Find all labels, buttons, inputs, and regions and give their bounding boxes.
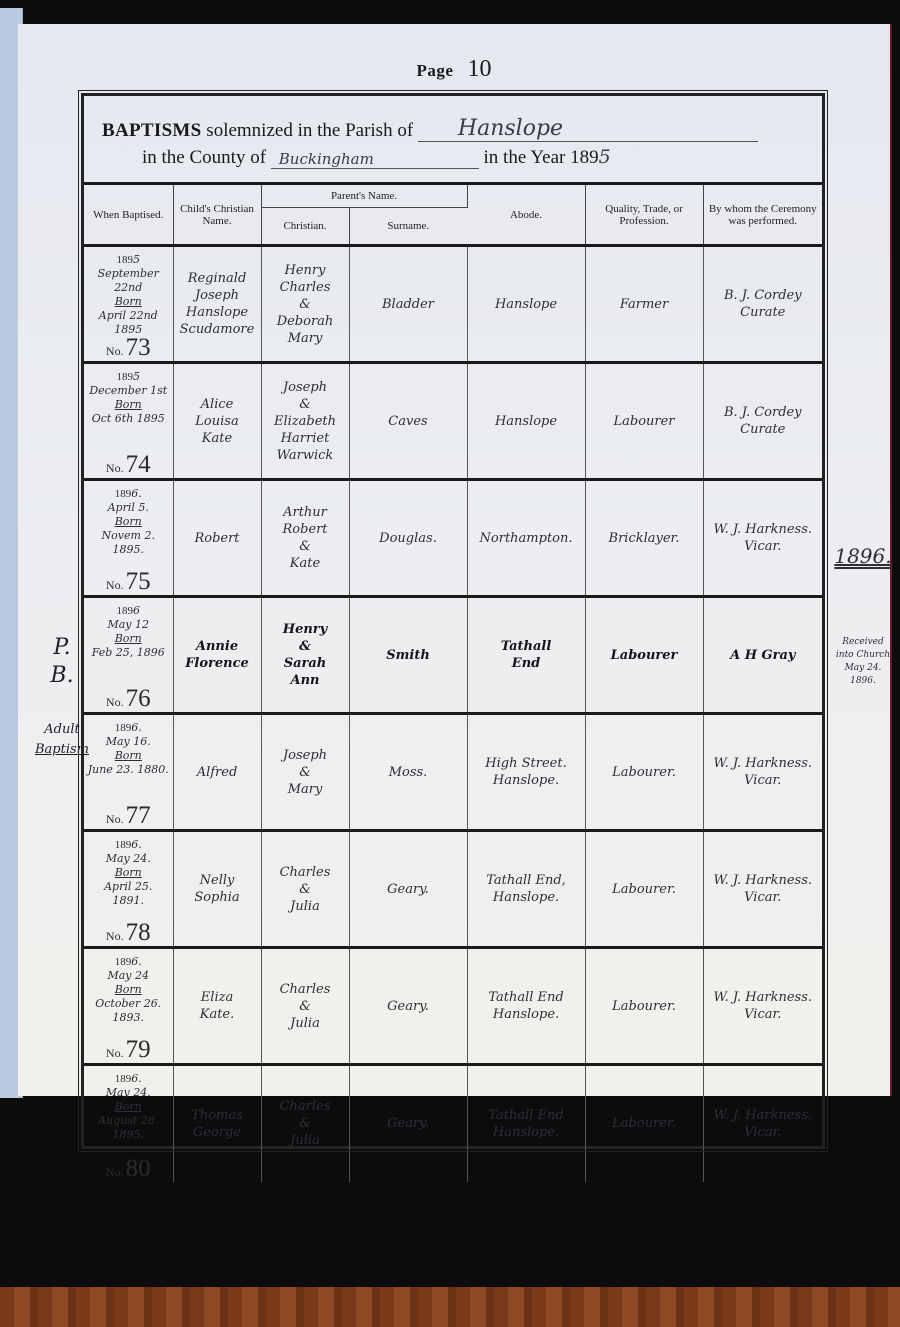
col-quality: Quality, Trade, or Profession. bbox=[585, 185, 703, 246]
parents-christian-cell: Joseph&ElizabethHarrietWarwick bbox=[261, 363, 349, 480]
quality-cell: Bricklayer. bbox=[585, 480, 703, 597]
quality-cell: Labourer. bbox=[585, 948, 703, 1065]
when-baptised-cell: 1896. May 24. Born August 28. 1895. No.8… bbox=[84, 1065, 173, 1182]
surname-cell: Bladder bbox=[349, 246, 467, 363]
child-name-cell: NellySophia bbox=[173, 831, 261, 948]
born-label: Born bbox=[87, 866, 170, 880]
child-name-cell: Robert bbox=[173, 480, 261, 597]
col-parent-surname: Surname. bbox=[349, 208, 467, 246]
birth-date: April 22nd 1895 bbox=[87, 309, 170, 337]
birth-date: April 25. 1891. bbox=[87, 880, 170, 908]
heading-parish-label: solemnized in the Parish of bbox=[206, 120, 413, 141]
entry-number: No.76 bbox=[84, 692, 173, 710]
when-baptised-cell: 1896. April 5. Born Novem 2. 1895. No.75 bbox=[84, 480, 173, 597]
baptism-date: May 12 bbox=[87, 618, 170, 632]
quality-cell: Labourer. bbox=[585, 714, 703, 831]
baptism-date: May 24. bbox=[87, 1086, 170, 1100]
parents-christian-cell: HenryCharles&DeborahMary bbox=[261, 246, 349, 363]
table-row: 1896. May 24. Born August 28. 1895. No.8… bbox=[84, 1065, 822, 1182]
table-row: 1896. May 24 Born October 26. 1893. No.7… bbox=[84, 948, 822, 1065]
col-by-whom: By whom the Ceremony was performed. bbox=[703, 185, 822, 246]
year-digit: 5 bbox=[599, 146, 611, 168]
when-baptised-cell: 1896. May 24. Born April 25. 1891. No.78 bbox=[84, 831, 173, 948]
abode-cell: Tathall End,Hanslope. bbox=[467, 831, 585, 948]
when-baptised-cell: 1896. May 16. Born June 23. 1880. No.77 bbox=[84, 714, 173, 831]
abode-cell: Hanslope bbox=[467, 246, 585, 363]
by-whom-cell: W. J. Harkness.Vicar. bbox=[703, 1065, 822, 1182]
register-heading: BAPTISMS solemnized in the Parish of Han… bbox=[84, 96, 822, 185]
entry-number: No.79 bbox=[84, 1043, 173, 1061]
quality-cell: Labourer bbox=[585, 597, 703, 714]
birth-date: Novem 2. 1895. bbox=[87, 529, 170, 557]
surname-cell: Geary. bbox=[349, 1065, 467, 1182]
page-number-value: 10 bbox=[467, 56, 491, 82]
birth-date: Oct 6th 1895 bbox=[87, 412, 170, 426]
parish-field: Hanslope bbox=[418, 116, 758, 142]
col-when-baptised: When Baptised. bbox=[84, 185, 173, 246]
child-name-cell: ThomasGeorge bbox=[173, 1065, 261, 1182]
born-label: Born bbox=[87, 983, 170, 997]
by-whom-cell: W. J. Harkness.Vicar. bbox=[703, 831, 822, 948]
quality-cell: Farmer bbox=[585, 246, 703, 363]
baptism-register-form: BAPTISMS solemnized in the Parish of Han… bbox=[81, 93, 825, 1149]
born-label: Born bbox=[87, 632, 170, 646]
when-baptised-cell: 1895 December 1st Born Oct 6th 1895 No.7… bbox=[84, 363, 173, 480]
entry-number: No.74 bbox=[84, 458, 173, 476]
baptism-date: December 1st bbox=[87, 384, 170, 398]
parents-christian-cell: Henry&SarahAnn bbox=[261, 597, 349, 714]
table-row: 1896. April 5. Born Novem 2. 1895. No.75… bbox=[84, 480, 822, 597]
parents-christian-cell: Joseph&Mary bbox=[261, 714, 349, 831]
baptism-date: September 22nd bbox=[87, 267, 170, 295]
entries-table: When Baptised. Child's Christian Name. P… bbox=[84, 185, 822, 1182]
table-row: 1896 May 12 Born Feb 25, 1896 No.76 Anni… bbox=[84, 597, 822, 714]
baptism-date: May 16. bbox=[87, 735, 170, 749]
page-number: Page 10 bbox=[18, 56, 890, 83]
child-name-cell: AnnieFlorence bbox=[173, 597, 261, 714]
child-name-cell: ElizaKate. bbox=[173, 948, 261, 1065]
baptism-date: April 5. bbox=[87, 501, 170, 515]
by-whom-cell: B. J. CordeyCurate bbox=[703, 246, 822, 363]
surname-cell: Caves bbox=[349, 363, 467, 480]
quality-cell: Labourer. bbox=[585, 1065, 703, 1182]
col-parent-christian: Christian. bbox=[261, 208, 349, 246]
abode-cell: TathallEnd bbox=[467, 597, 585, 714]
abode-cell: Northampton. bbox=[467, 480, 585, 597]
surname-cell: Moss. bbox=[349, 714, 467, 831]
birth-date: June 23. 1880. bbox=[87, 763, 170, 777]
when-baptised-cell: 1896. May 24 Born October 26. 1893. No.7… bbox=[84, 948, 173, 1065]
entry-number: No.77 bbox=[84, 809, 173, 827]
table-row: 1896. May 24. Born April 25. 1891. No.78… bbox=[84, 831, 822, 948]
birth-date: October 26. 1893. bbox=[87, 997, 170, 1025]
by-whom-cell: W. J. Harkness.Vicar. bbox=[703, 480, 822, 597]
quality-cell: Labourer bbox=[585, 363, 703, 480]
margin-note-received: Received into Church May 24. 1896. bbox=[833, 636, 893, 688]
birth-date: Feb 25, 1896 bbox=[87, 646, 170, 660]
parents-christian-cell: Charles&Julia bbox=[261, 948, 349, 1065]
page-label: Page bbox=[417, 61, 454, 80]
heading-county-label: in the County of bbox=[142, 147, 266, 168]
surname-cell: Douglas. bbox=[349, 480, 467, 597]
when-baptised-cell: 1896 May 12 Born Feb 25, 1896 No.76 bbox=[84, 597, 173, 714]
parents-christian-cell: Charles&Julia bbox=[261, 1065, 349, 1182]
born-label: Born bbox=[87, 398, 170, 412]
by-whom-cell: W. J. Harkness.Vicar. bbox=[703, 948, 822, 1065]
surname-cell: Geary. bbox=[349, 831, 467, 948]
entry-number: No.78 bbox=[84, 926, 173, 944]
register-page: Page 10 P. B. Adult Baptism 1896. Receiv… bbox=[18, 24, 892, 1096]
entry-number: No.73 bbox=[84, 341, 173, 359]
by-whom-cell: W. J. Harkness.Vicar. bbox=[703, 714, 822, 831]
when-baptised-cell: 1895 September 22nd Born April 22nd 1895… bbox=[84, 246, 173, 363]
surname-cell: Smith bbox=[349, 597, 467, 714]
county-field: Buckingham bbox=[271, 150, 479, 169]
by-whom-cell: B. J. CordeyCurate bbox=[703, 363, 822, 480]
margin-note-year: 1896. bbox=[833, 544, 893, 568]
child-name-cell: Alfred bbox=[173, 714, 261, 831]
col-child-name: Child's Christian Name. bbox=[173, 185, 261, 246]
child-name-cell: ReginaldJosephHanslopeScudamore bbox=[173, 246, 261, 363]
born-label: Born bbox=[87, 295, 170, 309]
table-row: 1895 September 22nd Born April 22nd 1895… bbox=[84, 246, 822, 363]
col-abode: Abode. bbox=[467, 185, 585, 246]
col-parents-name: Parent's Name. bbox=[261, 185, 467, 208]
abode-cell: Tathall EndHanslope. bbox=[467, 1065, 585, 1182]
heading-year-label: in the Year 189 bbox=[484, 147, 599, 168]
born-label: Born bbox=[87, 515, 170, 529]
desk-surface bbox=[0, 1287, 900, 1327]
parents-christian-cell: ArthurRobert&Kate bbox=[261, 480, 349, 597]
quality-cell: Labourer. bbox=[585, 831, 703, 948]
child-name-cell: AliceLouisaKate bbox=[173, 363, 261, 480]
parents-christian-cell: Charles&Julia bbox=[261, 831, 349, 948]
abode-cell: Hanslope bbox=[467, 363, 585, 480]
abode-cell: High Street.Hanslope. bbox=[467, 714, 585, 831]
born-label: Born bbox=[87, 1100, 170, 1114]
born-label: Born bbox=[87, 749, 170, 763]
baptism-date: May 24 bbox=[87, 969, 170, 983]
baptism-date: May 24. bbox=[87, 852, 170, 866]
birth-date: August 28. 1895. bbox=[87, 1114, 170, 1142]
surname-cell: Geary. bbox=[349, 948, 467, 1065]
by-whom-cell: A H Gray bbox=[703, 597, 822, 714]
abode-cell: Tathall EndHanslope. bbox=[467, 948, 585, 1065]
table-row: 1895 December 1st Born Oct 6th 1895 No.7… bbox=[84, 363, 822, 480]
entry-number: No.75 bbox=[84, 575, 173, 593]
entry-number: No.80 bbox=[84, 1162, 173, 1180]
table-row: 1896. May 16. Born June 23. 1880. No.77 … bbox=[84, 714, 822, 831]
heading-baptisms: BAPTISMS bbox=[102, 120, 202, 141]
